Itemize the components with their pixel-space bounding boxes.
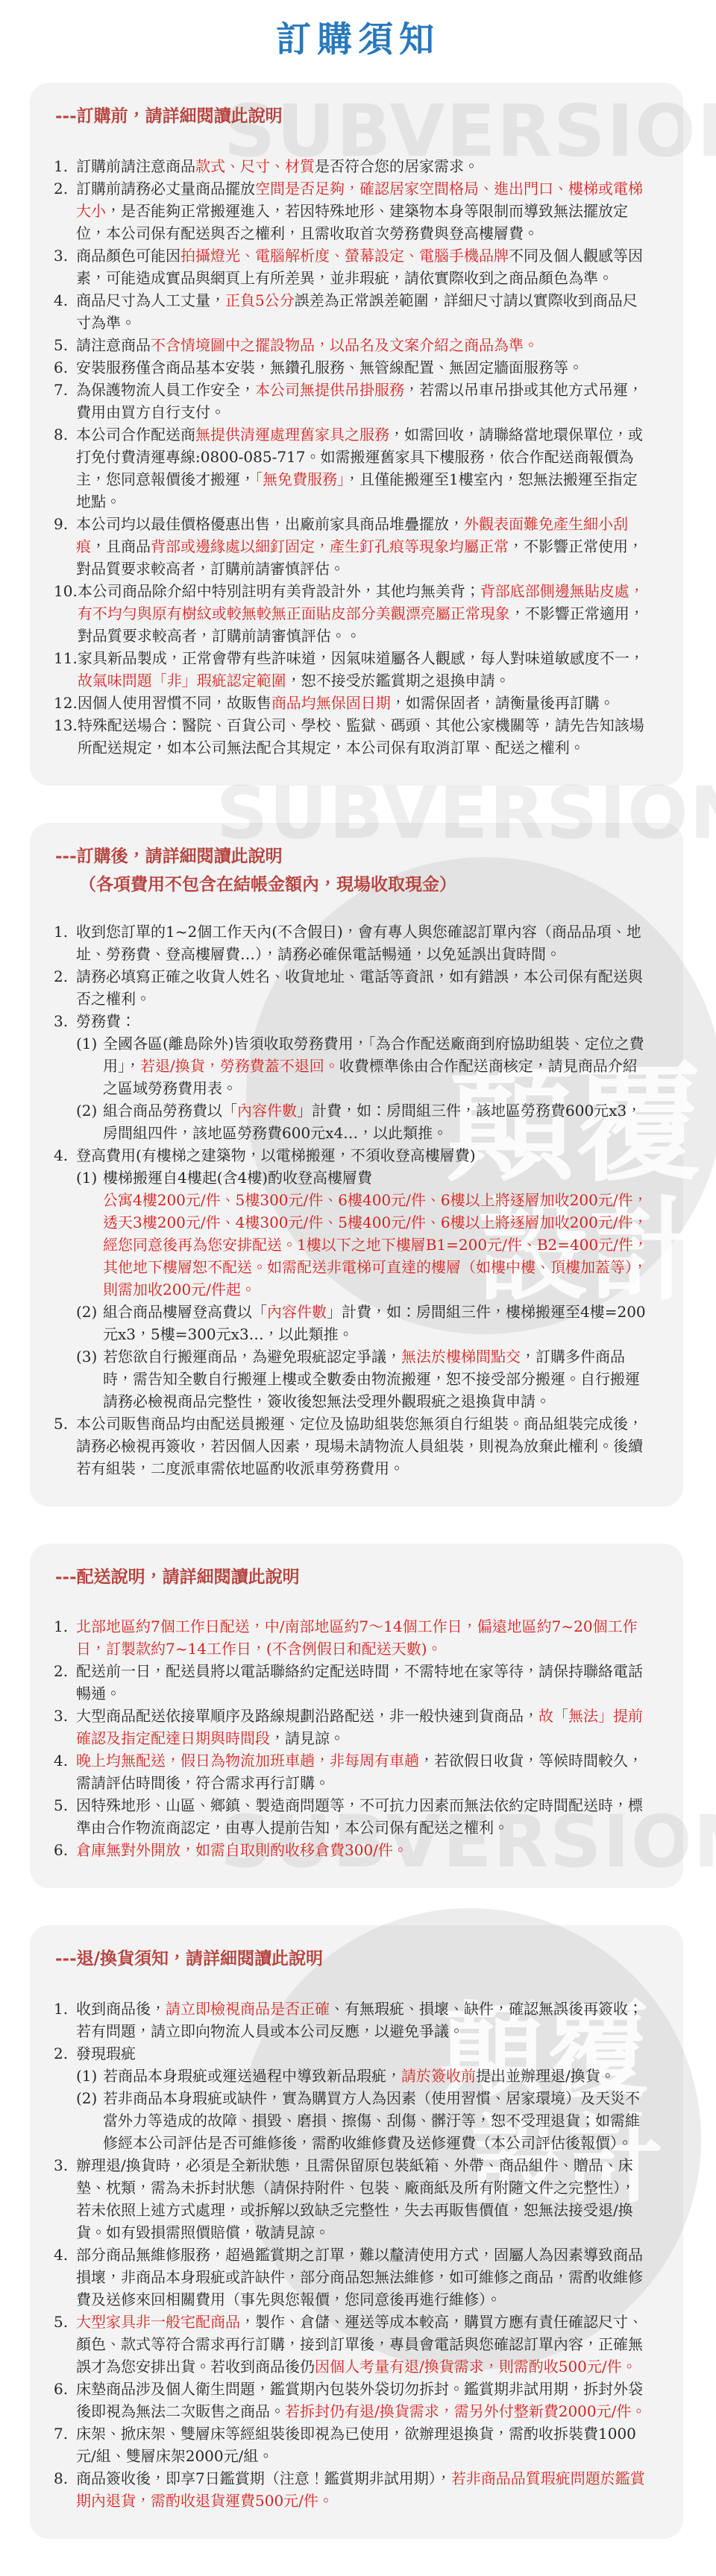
notice-item: 7.床架、掀床架、雙層床等經組裝後即視為已使用，欲辦理退換貨，需酌收拆裝費100… xyxy=(43,2422,649,2467)
item-number: 5. xyxy=(43,1412,76,1435)
item-body: 商品尺寸為人工丈量，正負5公分誤差為正常誤差範圍，詳細尺寸請以實際收到商品尺寸為… xyxy=(76,289,649,334)
body-text: 本公司均以最佳價格優惠出售，出廠前家具商品堆疊擺放， xyxy=(76,515,464,533)
notice-item: 1.收到您訂單的1~2個工作天內(不含假日)，會有專人與您確認訂單內容（商品品項… xyxy=(43,921,649,965)
notice-item: 1.收到商品後，請立即檢視商品是否正確、有無瑕疵、損壞、缺件，確認無誤後再簽收；… xyxy=(43,1998,649,2042)
notice-item: 5.大型家具非一般宅配商品，製作、倉儲、運送等成本較高，購買方應有責任確認尺寸、… xyxy=(43,2311,649,2378)
subitem-number: (1) xyxy=(76,2065,103,2087)
notice-item: 2.發現瑕疵(1)若商品本身瑕疵或運送過程中導致新品瑕疵，請於簽收前提出並辦理退… xyxy=(43,2042,649,2154)
highlight-text: 背部或邊緣處以細釘固定，產生釘孔痕等現象均屬正常 xyxy=(151,537,509,555)
item-number: 1. xyxy=(43,921,76,943)
item-number: 1. xyxy=(43,155,76,177)
body-text: 本公司商品除介紹中特別註明有美背設計外，其他均無美背； xyxy=(78,582,480,600)
item-number: 11. xyxy=(43,647,78,669)
item-body: 訂購前請務必丈量商品擺放空間是否足夠，確認居家空間格局、進出門口、樓梯或電梯大小… xyxy=(76,177,649,244)
section-header: ---配送說明，請詳細閱讀此說明 xyxy=(55,1565,649,1591)
item-number: 9. xyxy=(43,513,76,535)
notice-subitem: (1)若商品本身瑕疵或運送過程中導致新品瑕疵，請於簽收前提出並辦理退/換貨。 xyxy=(76,2065,649,2087)
item-body: 本公司均以最佳價格優惠出售，出廠前家具商品堆疊擺放，外觀表面難免產生細小刮痕，且… xyxy=(76,513,649,580)
body-text: 組合商品樓層登高費以「 xyxy=(103,1303,267,1321)
subitem-body: 若您欲自行搬運商品，為避免瑕疵認定爭議，無法於樓梯間點交，訂購多件商品時，需告知… xyxy=(103,1345,649,1412)
item-number: 12. xyxy=(43,692,78,714)
body-text: 因個人使用習慣不同，故販售 xyxy=(78,694,271,712)
body-text: 勞務費： xyxy=(76,1012,136,1030)
body-text: 是否符合您的居家需求。 xyxy=(315,157,479,175)
subitem-body: 全國各區(離島除外)皆須收取勞務費用，「為合作配送廠商到府協助組裝、定位之費用」… xyxy=(103,1032,649,1099)
item-number: 8. xyxy=(43,423,76,446)
highlight-text: 不含情境圖中之擺設物品，以品名及文案介紹之商品為準。 xyxy=(151,336,538,354)
item-number: 1. xyxy=(43,1998,76,2020)
notice-item: 3.大型商品配送依接單順序及路線規劃沿路配送，非一般快速到貨商品，故「無法」提前… xyxy=(43,1705,649,1749)
subitem-number: (1) xyxy=(76,1032,103,1055)
notice-section-3: ---配送說明，請詳細閱讀此說明1.北部地區約7個工作日配送，中/南部地區約7～… xyxy=(30,1544,683,1889)
highlight-text: 「無免費服務」 xyxy=(255,470,345,488)
notice-item: 11.家具新品製成，正常會帶有些許味道，因氣味道屬各人觀感，每人對味道敏感度不一… xyxy=(43,647,649,692)
subitem-number: (2) xyxy=(76,1099,103,1122)
section-header: ---訂購前，請詳細閱讀此說明 xyxy=(55,104,649,130)
notice-item: 7.為保護物流人員工作安全，本公司無提供吊掛服務，若需以吊車吊掛或其他方式吊運，… xyxy=(43,379,649,423)
body-text: 因特殊地形、山區、鄉鎮、製造商問題等，不可抗力因素而無法依約定時間配送時，標準由… xyxy=(76,1796,643,1837)
notice-item: 6.床墊商品涉及個人衛生問題，鑑賞期內包裝外袋切勿拆封。鑑賞期非試用期，拆封外袋… xyxy=(43,2378,649,2422)
item-number: 2. xyxy=(43,177,76,200)
body-text: 請注意商品 xyxy=(76,336,151,354)
body-text: ，且商品 xyxy=(91,537,151,555)
item-body: 為保護物流人員工作安全，本公司無提供吊掛服務，若需以吊車吊掛或其他方式吊運，費用… xyxy=(76,379,649,423)
item-number: 4. xyxy=(43,289,76,312)
notice-item: 8.商品簽收後，即享7日鑑賞期（注意！鑑賞期非試用期），若非商品品質瑕疵問題於鑑… xyxy=(43,2467,649,2512)
item-body: 晚上均無配送，假日為物流加班車趟，非每周有車趟，若欲假日收貨，等候時間較久，需請… xyxy=(76,1749,649,1794)
item-number: 7. xyxy=(43,379,76,401)
item-body: 大型商品配送依接單順序及路線規劃沿路配送，非一般快速到貨商品，故「無法」提前確認… xyxy=(76,1705,649,1749)
item-body: 商品顏色可能因拍攝燈光、電腦解析度、螢幕設定、電腦手機品牌不同及個人觀感等因素，… xyxy=(76,244,649,289)
item-body: 安裝服務僅含商品基本安裝，無鑽孔服務、無管線配置、無固定牆面服務等。 xyxy=(76,356,649,379)
subitem-body: 若商品本身瑕疵或運送過程中導致新品瑕疵，請於簽收前提出並辦理退/換貨。 xyxy=(103,2065,649,2087)
body-text: 部分商品無維修服務，超過鑑賞期之訂單，難以釐清使用方式，固屬人為因素導致商品損壞… xyxy=(76,2246,643,2308)
item-body: 本公司合作配送商無提供清運處理舊家具之服務，如需回收，請聯絡當地環保單位，或打免… xyxy=(76,423,649,513)
item-number: 4. xyxy=(43,1749,76,1772)
notice-item-list: 1.收到您訂單的1~2個工作天內(不含假日)，會有專人與您確認訂單內容（商品品項… xyxy=(43,921,649,1480)
notice-item: 3.商品顏色可能因拍攝燈光、電腦解析度、螢幕設定、電腦手機品牌不同及個人觀感等因… xyxy=(43,244,649,289)
notice-item: 5.因特殊地形、山區、鄉鎮、製造商問題等，不可抗力因素而無法依約定時間配送時，標… xyxy=(43,1794,649,1839)
notice-subitem: (2)組合商品勞務費以「內容件數」計費，如：房間組三件，該地區勞務費600元x3… xyxy=(76,1099,649,1144)
item-number: 4. xyxy=(43,1144,76,1167)
body-text: 大型商品配送依接單順序及路線規劃沿路配送，非一般快速到貨商品， xyxy=(76,1707,538,1725)
item-number: 4. xyxy=(43,2244,76,2266)
item-body: 床架、掀床架、雙層床等經組裝後即視為已使用，欲辦理退換貨，需酌收拆裝費1000元… xyxy=(76,2422,649,2467)
body-text: 訂購前請務必丈量商品擺放 xyxy=(76,180,255,198)
body-text: 辦理退/換貨時，必須是全新狀態，且需保留原包裝紙箱、外帶、商品組件、贈品、床墊、… xyxy=(76,2156,635,2241)
highlight-text: 內容件數 xyxy=(267,1303,327,1321)
body-text: 提出並辦理退/換貨。 xyxy=(476,2067,615,2085)
item-body: 本公司販售商品均由配送員搬運、定位及協助組裝您無須自行組裝。商品組裝完成後，請務… xyxy=(76,1412,649,1480)
item-number: 6. xyxy=(43,356,76,379)
highlight-text: 大型家具非一般宅配商品 xyxy=(76,2313,240,2331)
item-number: 5. xyxy=(43,2311,76,2333)
item-number: 3. xyxy=(43,1705,76,1727)
body-text: 樓梯搬運自4樓起(含4樓)酌收登高樓層費 xyxy=(103,1169,372,1187)
item-number: 3. xyxy=(43,244,76,267)
body-text: 本公司合作配送商 xyxy=(76,426,195,443)
body-text: 請務必填寫正確之收貨人姓名、收貨地址、電話等資訊，如有錯誤，本公司保有配送與否之… xyxy=(76,967,643,1008)
item-body: 收到您訂單的1~2個工作天內(不含假日)，會有專人與您確認訂單內容（商品品項、地… xyxy=(76,921,649,965)
notice-item: 4.部分商品無維修服務，超過鑑賞期之訂單，難以釐清使用方式，固屬人為因素導致商品… xyxy=(43,2244,649,2311)
notice-sections-container: ---訂購前，請詳細閱讀此說明1.訂購前請注意商品款式、尺寸、材質是否符合您的居… xyxy=(0,83,716,2539)
section-header: ---退/換貨須知，請詳細閱讀此說明 xyxy=(55,1946,649,1972)
item-number: 6. xyxy=(43,2378,76,2400)
order-notice-page: SUBVERSION SUBVERSION SUBVERSION 顛覆 設計 顛… xyxy=(0,0,716,2576)
notice-item: 1.北部地區約7個工作日配送，中/南部地區約7～14個工作日，偏遠地區約7~20… xyxy=(43,1615,649,1660)
notice-subitem: (2)若非商品本身瑕疵或缺件，實為購買方人為因素（使用習慣、居家環境）及天災不當… xyxy=(76,2087,649,2154)
notice-item: 2.配送前一日，配送員將以電話聯絡約定配送時間，不需特地在家等待，請保持聯絡電話… xyxy=(43,1660,649,1705)
body-text: 收到您訂單的1~2個工作天內(不含假日)，會有專人與您確認訂單內容（商品品項、地… xyxy=(76,923,641,963)
item-number: 3. xyxy=(43,1010,76,1032)
body-text: 床架、掀床架、雙層床等經組裝後即視為已使用，欲辦理退換貨，需酌收拆裝費1000元… xyxy=(76,2425,636,2465)
item-body: 訂購前請注意商品款式、尺寸、材質是否符合您的居家需求。 xyxy=(76,155,649,177)
notice-section-4: ---退/換貨須知，請詳細閱讀此說明1.收到商品後，請立即檢視商品是否正確、有無… xyxy=(30,1925,683,2539)
notice-item-list: 1.收到商品後，請立即檢視商品是否正確、有無瑕疵、損壞、缺件，確認無誤後再簽收；… xyxy=(43,1998,649,2512)
notice-item: 6.安裝服務僅含商品基本安裝，無鑽孔服務、無管線配置、無固定牆面服務等。 xyxy=(43,356,649,379)
item-number: 7. xyxy=(43,2422,76,2445)
highlight-text: 因個人考量有退/換貨需求，則需酌收500元/件。 xyxy=(315,2358,637,2375)
highlight-text: 無提供清運處理舊家具之服務 xyxy=(195,426,389,443)
body-text: 若您欲自行搬運商品，為避免瑕疵認定爭議， xyxy=(103,1348,401,1366)
notice-item: 3.勞務費：(1)全國各區(離島除外)皆須收取勞務費用，「為合作配送廠商到府協助… xyxy=(43,1010,649,1144)
section-subheader: （各項費用不包含在結帳金額內，現場收取現金） xyxy=(79,872,649,898)
subitem-body: 若非商品本身瑕疵或缺件，實為購買方人為因素（使用習慣、居家環境）及天災不當外力等… xyxy=(103,2087,649,2154)
section-header: ---訂購後，請詳細閱讀此說明 xyxy=(55,844,649,870)
item-body: 收到商品後，請立即檢視商品是否正確、有無瑕疵、損壞、缺件，確認無誤後再簽收；若有… xyxy=(76,1998,649,2042)
subitem-number: (1) xyxy=(76,1167,103,1189)
highlight-text: 倉庫無對外開放，如需自取則酌收移倉費300/件。 xyxy=(76,1841,408,1859)
item-body: 部分商品無維修服務，超過鑑賞期之訂單，難以釐清使用方式，固屬人為因素導致商品損壞… xyxy=(76,2244,649,2311)
notice-item: 1.訂購前請注意商品款式、尺寸、材質是否符合您的居家需求。 xyxy=(43,155,649,177)
item-number: 8. xyxy=(43,2467,76,2490)
notice-item: 6.倉庫無對外開放，如需自取則酌收移倉費300/件。 xyxy=(43,1839,649,1861)
notice-item-list: 1.北部地區約7個工作日配送，中/南部地區約7～14個工作日，偏遠地區約7~20… xyxy=(43,1615,649,1861)
item-body: 大型家具非一般宅配商品，製作、倉儲、運送等成本較高，購買方應有責任確認尺寸、顏色… xyxy=(76,2311,649,2378)
item-body: 請務必填寫正確之收貨人姓名、收貨地址、電話等資訊，如有錯誤，本公司保有配送與否之… xyxy=(76,965,649,1010)
subitem-number: (2) xyxy=(76,1301,103,1323)
body-text: 商品尺寸為人工丈量， xyxy=(76,291,225,309)
highlight-text: 正負5公分 xyxy=(225,291,295,309)
highlight-text: 款式、尺寸、材質 xyxy=(195,157,315,175)
item-body: 登高費用(有樓梯之建築物，以電梯搬運，不須收登高樓層費)(1)樓梯搬運自4樓起(… xyxy=(76,1144,649,1412)
notice-subitem: (1)樓梯搬運自4樓起(含4樓)酌收登高樓層費公寓4樓200元/件、5樓300元… xyxy=(76,1167,649,1301)
item-body: 請注意商品不含情境圖中之擺設物品，以品名及文案介紹之商品為準。 xyxy=(76,334,649,356)
item-number: 6. xyxy=(43,1839,76,1861)
subitem-body: 組合商品勞務費以「內容件數」計費，如：房間組三件，該地區勞務費600元x3，房間… xyxy=(103,1099,649,1144)
highlight-text: 無法於樓梯間點交 xyxy=(401,1348,521,1366)
highlight-text: 公寓4樓200元/件、5樓300元/件、6樓400元/件、6樓以上將逐層加收20… xyxy=(103,1191,648,1298)
highlight-text: 拍攝燈光、電腦解析度、螢幕設定、電腦手機品牌 xyxy=(180,247,509,265)
body-text: 本公司販售商品均由配送員搬運、定位及協助組裝您無須自行組裝。商品組裝完成後，請務… xyxy=(76,1415,643,1477)
body-text: 組合商品勞務費以「 xyxy=(103,1102,237,1120)
body-text: 特殊配送場合：醫院、百貨公司、學校、監獄、碼頭、其他公家機關等，請先告知該場所配… xyxy=(78,716,644,757)
item-number: 2. xyxy=(43,965,76,988)
body-text: ，如需保固者，請衡量後再訂購。 xyxy=(391,694,615,712)
highlight-text: 若退/換貨，勞務費蓋不退回。 xyxy=(140,1057,339,1075)
body-text: 安裝服務僅含商品基本安裝，無鑽孔服務、無管線配置、無固定牆面服務等。 xyxy=(76,359,583,376)
item-number: 2. xyxy=(43,1660,76,1682)
highlight-text: 故氣味問題「非」瑕疵認定範圍 xyxy=(78,672,286,689)
item-body: 勞務費：(1)全國各區(離島除外)皆須收取勞務費用，「為合作配送廠商到府協助組裝… xyxy=(76,1010,649,1144)
item-body: 發現瑕疵(1)若商品本身瑕疵或運送過程中導致新品瑕疵，請於簽收前提出並辦理退/換… xyxy=(76,2042,649,2154)
page-title: 訂購須知 xyxy=(0,12,716,62)
item-body: 北部地區約7個工作日配送，中/南部地區約7～14個工作日，偏遠地區約7~20個工… xyxy=(76,1615,649,1660)
item-body: 因個人使用習慣不同，故販售商品均無保固日期，如需保固者，請衡量後再訂購。 xyxy=(78,692,649,714)
notice-item: 10.本公司商品除介紹中特別註明有美背設計外，其他均無美背；背部底部側邊無貼皮處… xyxy=(43,580,649,647)
body-text: 家具新品製成，正常會帶有些許味道，因氣味道屬各人觀感，每人對味道敏感度不一， xyxy=(78,649,644,667)
notice-subitem: (1)全國各區(離島除外)皆須收取勞務費用，「為合作配送廠商到府協助組裝、定位之… xyxy=(76,1032,649,1099)
body-text: 登高費用(有樓梯之建築物，以電梯搬運，不須收登高樓層費) xyxy=(76,1146,476,1164)
item-body: 辦理退/換貨時，必須是全新狀態，且需保留原包裝紙箱、外帶、商品組件、贈品、床墊、… xyxy=(76,2154,649,2244)
item-body: 商品簽收後，即享7日鑑賞期（注意！鑑賞期非試用期），若非商品品質瑕疵問題於鑑賞期… xyxy=(76,2467,649,2512)
item-body: 家具新品製成，正常會帶有些許味道，因氣味道屬各人觀感，每人對味道敏感度不一，故氣… xyxy=(78,647,649,692)
body-text: 訂購前請注意商品 xyxy=(76,157,195,175)
item-body: 因特殊地形、山區、鄉鎮、製造商問題等，不可抗力因素而無法依約定時間配送時，標準由… xyxy=(76,1794,649,1839)
body-text: ，請見諒。 xyxy=(270,1729,345,1747)
body-text: 商品顏色可能因 xyxy=(76,247,180,265)
notice-subitem: (2)組合商品樓層登高費以「內容件數」計費，如：房間組三件，樓梯搬運至4樓=20… xyxy=(76,1301,649,1345)
item-number: 13. xyxy=(43,714,78,736)
notice-item: 4.登高費用(有樓梯之建築物，以電梯搬運，不須收登高樓層費)(1)樓梯搬運自4樓… xyxy=(43,1144,649,1412)
subitem-body: 樓梯搬運自4樓起(含4樓)酌收登高樓層費公寓4樓200元/件、5樓300元/件、… xyxy=(103,1167,649,1301)
body-text: 收到商品後， xyxy=(76,2000,166,2018)
highlight-text: 本公司無提供吊掛服務 xyxy=(255,381,404,399)
notice-item: 9.本公司均以最佳價格優惠出售，出廠前家具商品堆疊擺放，外觀表面難免產生細小刮痕… xyxy=(43,513,649,580)
highlight-text: 商品均無保固日期 xyxy=(271,694,391,712)
item-number: 5. xyxy=(43,334,76,356)
highlight-text: 北部地區約7個工作日配送，中/南部地區約7～14個工作日，偏遠地區約7~20個工… xyxy=(76,1617,638,1658)
body-text: ，是否能夠正常搬運進入，若因特殊地形、建築物本身等限制而導致無法擺放定位，本公司… xyxy=(76,202,628,242)
body-text: 為保護物流人員工作安全， xyxy=(76,381,255,399)
body-text: 配送前一日，配送員將以電話聯絡約定配送時間，不需特地在家等待，請保持聯絡電話暢通… xyxy=(76,1662,643,1702)
notice-item: 3.辦理退/換貨時，必須是全新狀態，且需保留原包裝紙箱、外帶、商品組件、贈品、床… xyxy=(43,2154,649,2244)
notice-item: 2.請務必填寫正確之收貨人姓名、收貨地址、電話等資訊，如有錯誤，本公司保有配送與… xyxy=(43,965,649,1010)
item-number: 1. xyxy=(43,1615,76,1638)
item-number: 3. xyxy=(43,2154,76,2176)
subitem-body: 組合商品樓層登高費以「內容件數」計費，如：房間組三件，樓梯搬運至4樓=200元x… xyxy=(103,1301,649,1345)
body-text: 若非商品本身瑕疵或缺件，實為購買方人為因素（使用習慣、居家環境）及天災不當外力等… xyxy=(103,2089,640,2152)
item-body: 床墊商品涉及個人衛生問題，鑑賞期內包裝外袋切勿拆封。鑑賞期非試用期，拆封外袋後即… xyxy=(76,2378,649,2422)
notice-section-1: ---訂購前，請詳細閱讀此說明1.訂購前請注意商品款式、尺寸、材質是否符合您的居… xyxy=(30,83,683,786)
body-text: 商品簽收後，即享7日鑑賞期（注意！鑑賞期非試用期）， xyxy=(76,2469,451,2487)
subitem-number: (2) xyxy=(76,2087,103,2109)
item-number: 2. xyxy=(43,2042,76,2065)
subitem-number: (3) xyxy=(76,1345,103,1368)
item-body: 配送前一日，配送員將以電話聯絡約定配送時間，不需特地在家等待，請保持聯絡電話暢通… xyxy=(76,1660,649,1705)
body-text: ，恕不接受於鑑賞期之退換申請。 xyxy=(286,672,510,689)
notice-item: 12.因個人使用習慣不同，故販售商品均無保固日期，如需保固者，請衡量後再訂購。 xyxy=(43,692,649,714)
notice-item: 4.晚上均無配送，假日為物流加班車趟，非每周有車趟，若欲假日收貨，等候時間較久，… xyxy=(43,1749,649,1794)
notice-item: 8.本公司合作配送商無提供清運處理舊家具之服務，如需回收，請聯絡當地環保單位，或… xyxy=(43,423,649,513)
item-body: 特殊配送場合：醫院、百貨公司、學校、監獄、碼頭、其他公家機關等，請先告知該場所配… xyxy=(78,714,649,759)
item-number: 10. xyxy=(43,580,78,602)
notice-subitem: (3)若您欲自行搬運商品，為避免瑕疵認定爭議，無法於樓梯間點交，訂購多件商品時，… xyxy=(76,1345,649,1412)
notice-item: 13.特殊配送場合：醫院、百貨公司、學校、監獄、碼頭、其他公家機關等，請先告知該… xyxy=(43,714,649,759)
notice-item: 2.訂購前請務必丈量商品擺放空間是否足夠，確認居家空間格局、進出門口、樓梯或電梯… xyxy=(43,177,649,244)
highlight-text: 請於簽收前 xyxy=(401,2067,476,2085)
notice-item: 5.本公司販售商品均由配送員搬運、定位及協助組裝您無須自行組裝。商品組裝完成後，… xyxy=(43,1412,649,1480)
body-text: 若商品本身瑕疵或運送過程中導致新品瑕疵， xyxy=(103,2067,401,2085)
highlight-text: 若拆封仍有退/換貨需求，需另外付整新費2000元/件。 xyxy=(285,2402,646,2420)
highlight-text: 晚上均無配送，假日為物流加班車趟，非每周有車趟 xyxy=(76,1752,419,1770)
notice-section-2: ---訂購後，請詳細閱讀此說明（各項費用不包含在結帳金額內，現場收取現金）1.收… xyxy=(30,823,683,1506)
notice-item: 5.請注意商品不含情境圖中之擺設物品，以品名及文案介紹之商品為準。 xyxy=(43,334,649,356)
notice-item: 4.商品尺寸為人工丈量，正負5公分誤差為正常誤差範圍，詳細尺寸請以實際收到商品尺… xyxy=(43,289,649,334)
body-text: 發現瑕疵 xyxy=(76,2045,136,2062)
item-body: 本公司商品除介紹中特別註明有美背設計外，其他均無美背；背部底部側邊無貼皮處，有不… xyxy=(78,580,649,647)
highlight-text: 請立即檢視商品是否正確 xyxy=(166,2000,330,2018)
item-number: 5. xyxy=(43,1794,76,1816)
highlight-text: 內容件數 xyxy=(237,1102,297,1120)
notice-item-list: 1.訂購前請注意商品款式、尺寸、材質是否符合您的居家需求。2.訂購前請務必丈量商… xyxy=(43,155,649,759)
item-body: 倉庫無對外開放，如需自取則酌收移倉費300/件。 xyxy=(76,1839,649,1861)
